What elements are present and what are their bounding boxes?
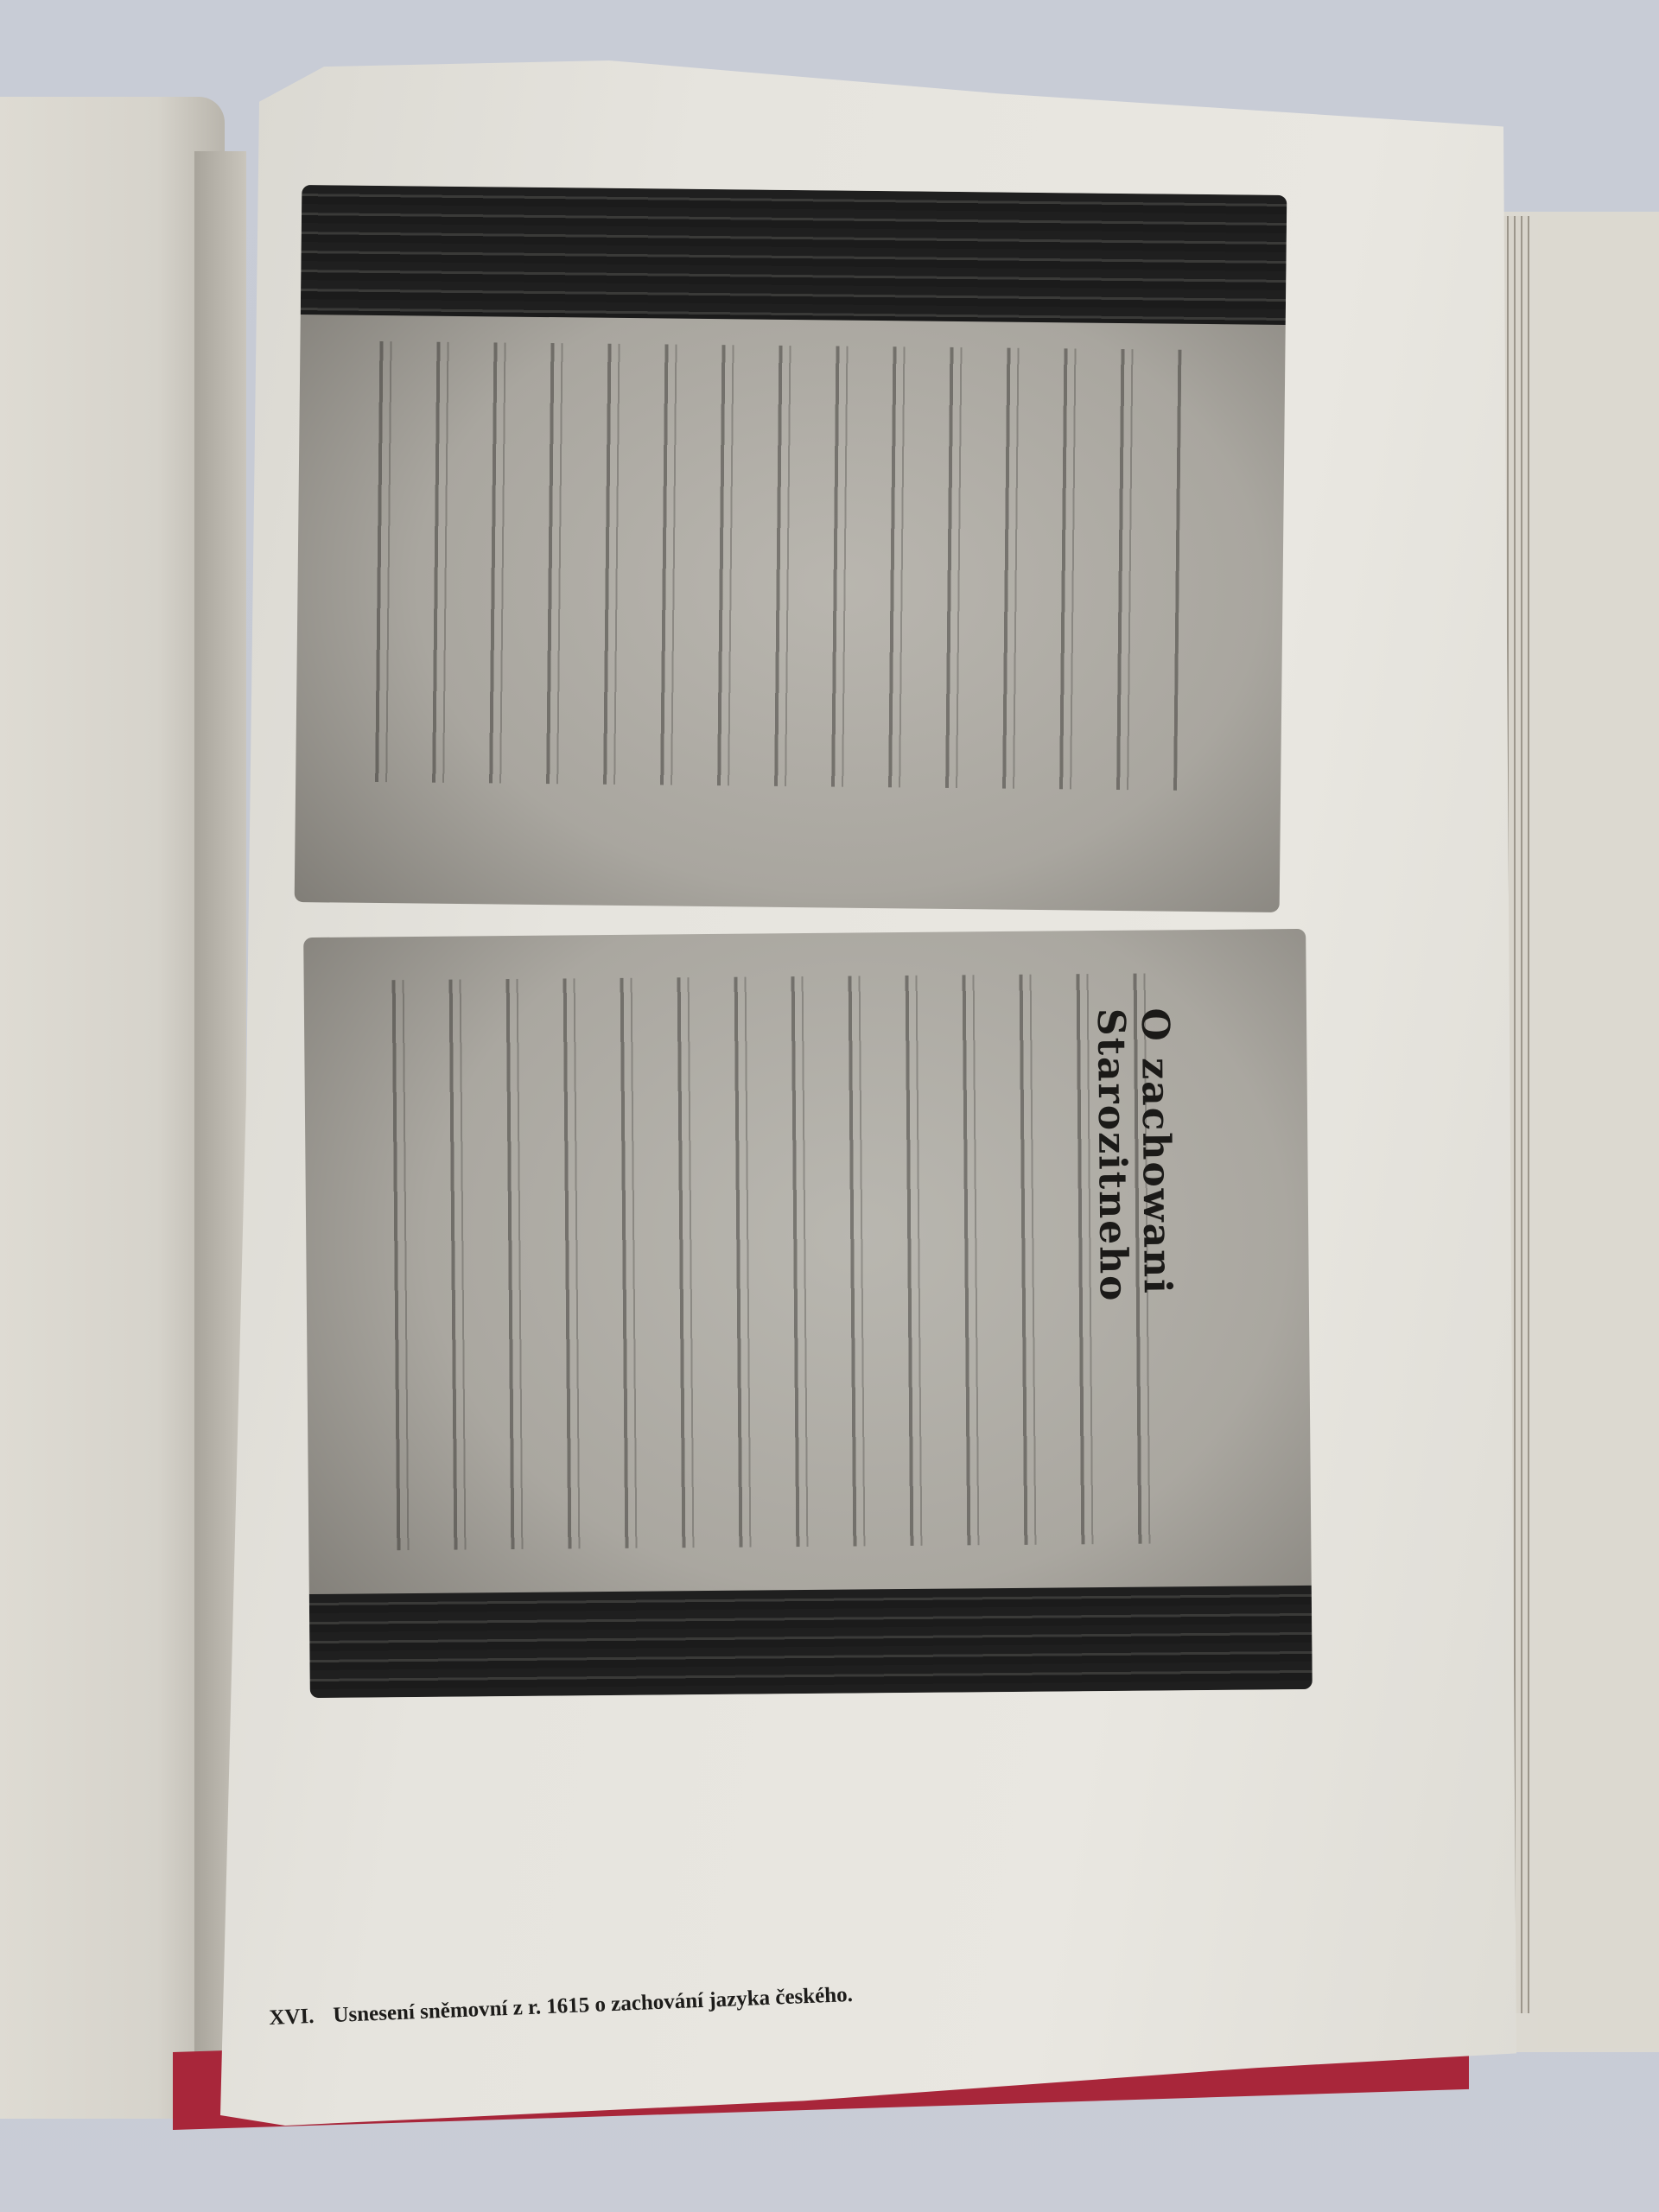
manuscript-photo-top [295, 185, 1287, 912]
plate-number: XVI. [269, 2005, 315, 2030]
manuscript-heading: O zachowani Starozitneho [1125, 1007, 1181, 1492]
manuscript-photo-bottom: O zachowani Starozitneho [303, 929, 1313, 1698]
handwritten-text [365, 973, 1191, 1550]
manuscript-page-edges [301, 185, 1287, 325]
handwritten-text [347, 341, 1181, 791]
right-page-edge [1538, 216, 1659, 2048]
left-page [0, 97, 225, 2119]
manuscript-page-edges [309, 1586, 1313, 1698]
